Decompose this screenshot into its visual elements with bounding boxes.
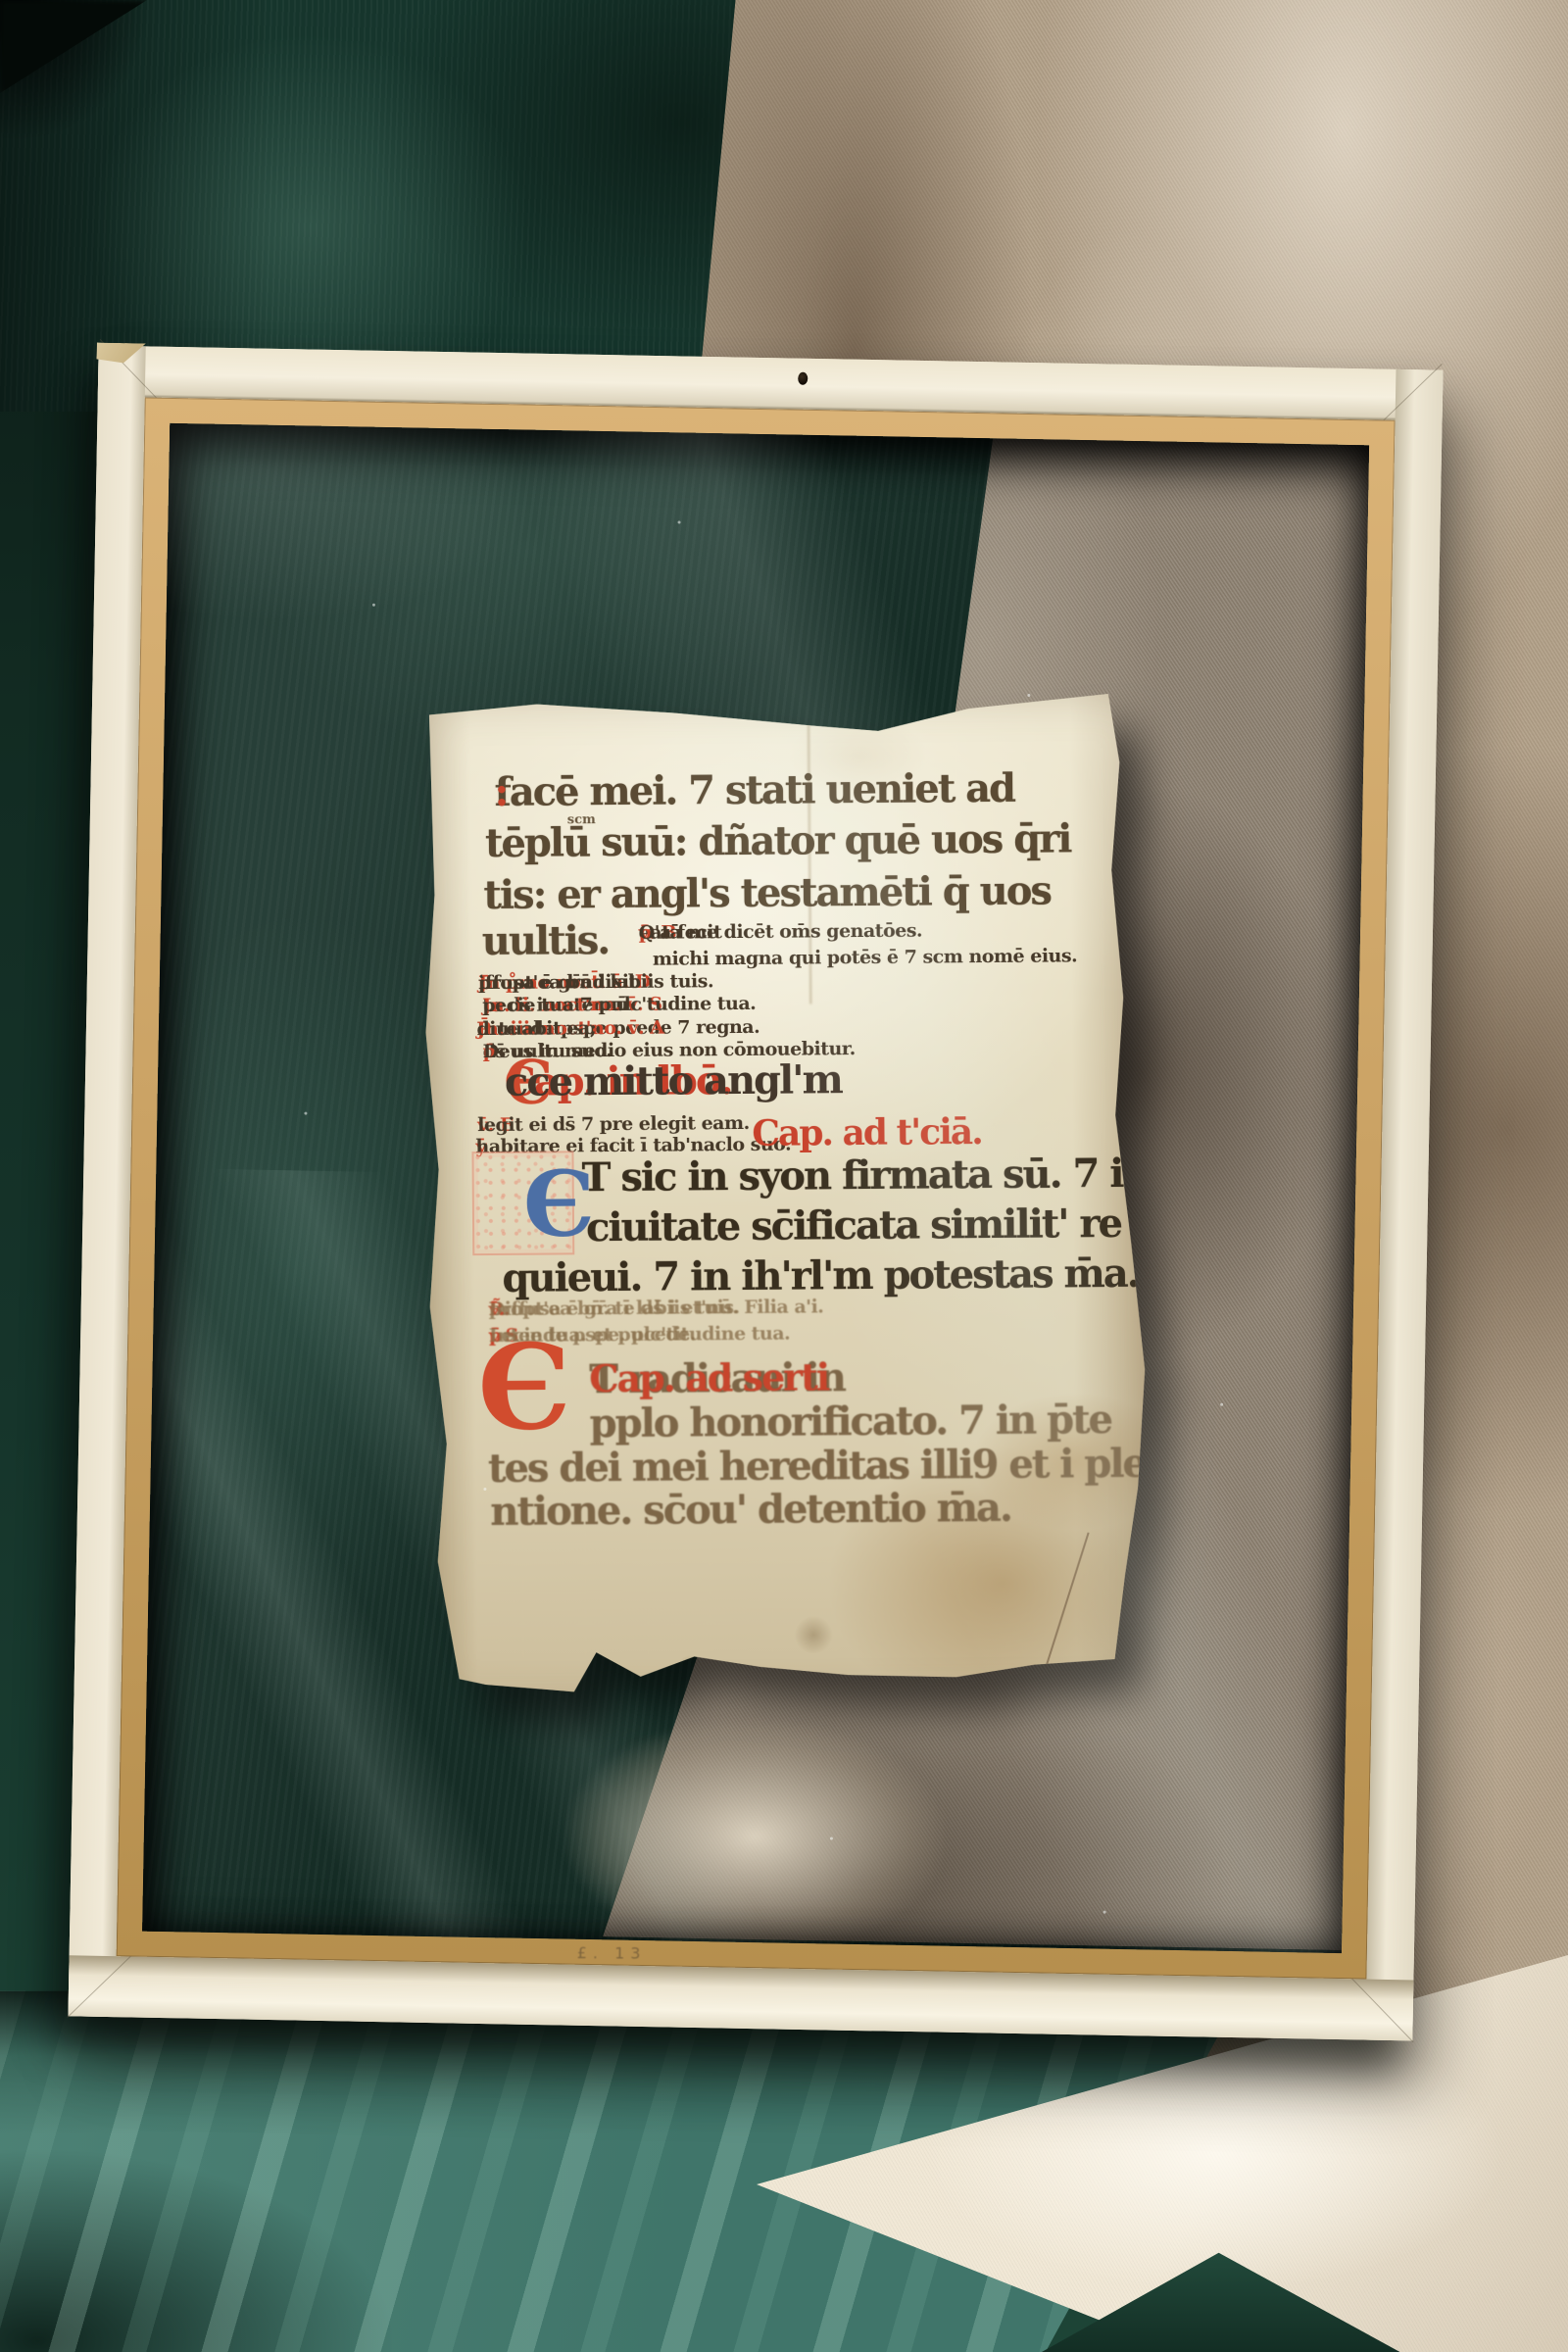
picture-frame: scm facē mei. 7 stati ueniet ad : tēplū … [68, 346, 1443, 2041]
dust-speck [372, 604, 375, 607]
glass-inner-shadow [142, 423, 1369, 1953]
dust-speck [1027, 694, 1030, 697]
dust-speck [483, 1488, 486, 1491]
dust-speck [678, 520, 681, 523]
wood-slip: scm facē mei. 7 stati ueniet ad : tēplū … [117, 397, 1396, 1979]
pencil-inscription: £. 13 [577, 1943, 832, 1967]
dust-speck [1103, 1911, 1106, 1914]
glass-pane: scm facē mei. 7 stati ueniet ad : tēplū … [142, 423, 1369, 1953]
dust-speck [830, 1837, 833, 1840]
dust-speck [1220, 1403, 1223, 1406]
dust-speck [304, 1112, 307, 1115]
photograph: scm facē mei. 7 stati ueniet ad : tēplū … [0, 0, 1568, 2352]
pencil-text: £. 13 [577, 1943, 647, 1963]
